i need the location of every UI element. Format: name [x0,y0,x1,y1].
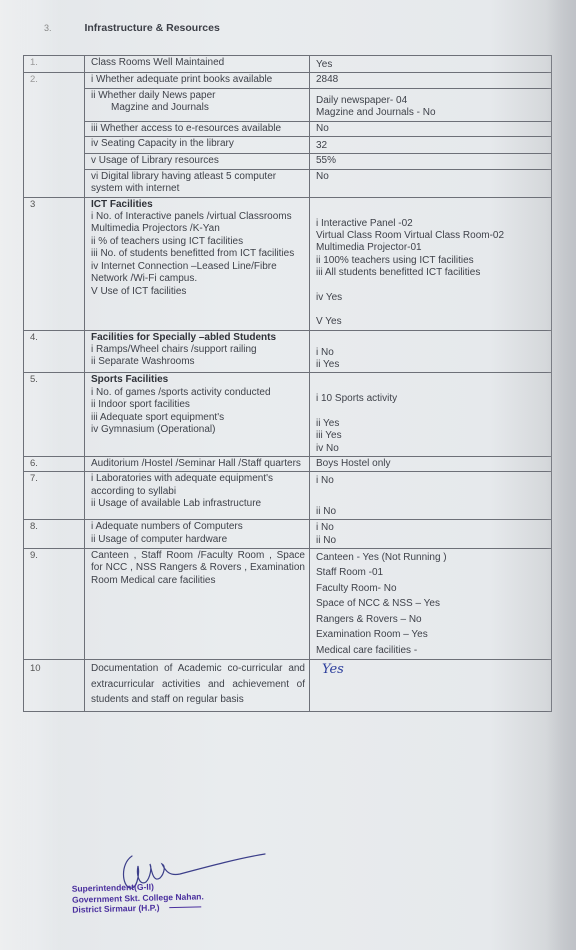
value-line: i No [316,475,547,487]
row-number: 8. [24,520,85,549]
value-line: Staff Room -01 [316,565,547,581]
value-line: iv No [316,443,547,455]
table-row: 7. i Laboratories with adequate equipmen… [24,472,552,520]
value-line: i No [316,522,547,534]
row-item: Class Rooms Well Maintained [85,56,310,73]
item-line: ii Usage of available Lab infrastructure [91,498,305,510]
item-line: i No. of games /sports activity conducte… [91,387,305,399]
value-line: Magzine and Journals - No [316,107,547,119]
row-value: 32 [310,137,552,154]
row-item: iii Whether access to e-resources availa… [85,121,310,136]
item-line: ii Whether daily News paper [91,90,305,102]
row-item: Sports Facilities i No. of games /sports… [85,373,310,457]
value-line: Rangers & Rovers – No [316,612,547,628]
row-number: 7. [24,472,85,520]
value-line: Faculty Room- No [316,581,547,597]
row-item: Documentation of Academic co-curricular … [85,660,310,712]
row-value: No [310,169,552,197]
value-line: i No [316,347,547,359]
row-number: 6. [24,456,85,471]
row-value: No [310,121,552,136]
table-row: v Usage of Library resources 55% [24,154,552,169]
row-item: ICT Facilities i No. of Interactive pane… [85,197,310,330]
row-value: Boys Hostel only [310,456,552,471]
item-line: ii Indoor sport facilities [91,399,305,411]
item-line: ii Separate Washrooms [91,356,305,368]
row-value: 2848 [310,73,552,88]
row-value: i No ii Yes [310,330,552,373]
item-line: V Use of ICT facilities [91,286,305,298]
row-item: i Adequate numbers of Computers ii Usage… [85,520,310,549]
row-item: i Laboratories with adequate equipment's… [85,472,310,520]
value-line: ii Yes [316,359,547,371]
row-heading: Sports Facilities [91,374,305,386]
value-line: iii All students benefitted ICT faciliti… [316,267,547,279]
row-item: v Usage of Library resources [85,154,310,169]
value-line: i 10 Sports activity [316,393,547,405]
stamp-line: District Sirmaur (H.P.) [72,901,204,915]
value-line: ii Yes [316,418,547,430]
row-item: Canteen , Staff Room /Faculty Room , Spa… [85,548,310,660]
item-line: iii No. of students benefitted from ICT … [91,248,305,260]
row-value: i No ii No [310,472,552,520]
value-line: Multimedia Projector-01 [316,242,547,254]
row-value: Canteen - Yes (Not Running ) Staff Room … [310,548,552,660]
row-value: Yes [310,660,552,712]
table-row: 4. Facilities for Specially –abled Stude… [24,330,552,373]
item-line: i No. of Interactive panels /virtual Cla… [91,211,305,236]
row-value: 55% [310,154,552,169]
value-line: i Interactive Panel -02 [316,218,547,230]
table-row: 1. Class Rooms Well Maintained Yes [24,56,552,73]
row-value: Yes [310,56,552,73]
row-number: 1. [24,56,85,73]
row-number: 10 [24,660,85,712]
value-line: Space of NCC & NSS – Yes [316,596,547,612]
section-title: Infrastructure & Resources [84,22,219,34]
value-line: Medical care facilities - [316,643,547,659]
row-value: i No ii No [310,520,552,549]
handwritten-value: Yes [316,662,344,677]
row-item: Auditorium /Hostel /Seminar Hall /Staff … [85,456,310,471]
item-line: i Laboratories with adequate equipment's… [91,473,305,498]
item-line: Magzine and Journals [91,102,305,114]
value-line: ii No [316,535,547,547]
item-line: iii Adequate sport equipment's [91,412,305,424]
row-number: 3 [24,197,85,330]
table-row: 6. Auditorium /Hostel /Seminar Hall /Sta… [24,456,552,471]
table-row: 8. i Adequate numbers of Computers ii Us… [24,520,552,549]
item-line: i Ramps/Wheel chairs /support railing [91,344,305,356]
item-line: iv Internet Connection –Leased Line/Fibr… [91,261,305,286]
official-stamp: Superintendent(G-II) Government Skt. Col… [72,880,205,915]
table-row: iii Whether access to e-resources availa… [24,121,552,136]
row-value: i Interactive Panel -02 Virtual Class Ro… [310,197,552,330]
row-item: i Whether adequate print books available [85,73,310,88]
value-line: ii 100% teachers using ICT facilities [316,255,547,267]
table-row: 3 ICT Facilities i No. of Interactive pa… [24,197,552,330]
table-row: ii Whether daily News paper Magzine and … [24,88,552,121]
section-number: 3. [44,23,52,33]
value-line: ii No [316,506,547,518]
row-heading: ICT Facilities [91,199,305,211]
table-row: vi Digital library having atleast 5 comp… [24,169,552,197]
row-item: ii Whether daily News paper Magzine and … [85,88,310,121]
table-row: 2. i Whether adequate print books availa… [24,73,552,88]
row-number: 9. [24,548,85,660]
row-value: i 10 Sports activity ii Yes iii Yes iv N… [310,373,552,457]
value-line: iv Yes [316,292,547,304]
item-line: i Adequate numbers of Computers [91,521,305,533]
row-number: 4. [24,330,85,373]
value-line: Examination Room – Yes [316,627,547,643]
row-item: iv Seating Capacity in the library [85,137,310,154]
item-line: iv Gymnasium (Operational) [91,424,305,436]
table-row: iv Seating Capacity in the library 32 [24,137,552,154]
item-line: ii Usage of computer hardware [91,534,305,546]
section-heading: 3. Infrastructure & Resources [44,22,220,34]
value-line: Virtual Class Room Virtual Class Room-02 [316,230,547,242]
row-number: 5. [24,373,85,457]
value-line: Daily newspaper- 04 [316,95,547,107]
row-value: Daily newspaper- 04 Magzine and Journals… [310,88,552,121]
row-item: Facilities for Specially –abled Students… [85,330,310,373]
infrastructure-table: 1. Class Rooms Well Maintained Yes 2. i … [23,55,552,712]
row-heading: Facilities for Specially –abled Students [91,332,305,344]
item-line: ii % of teachers using ICT facilities [91,236,305,248]
value-line: V Yes [316,316,547,328]
table-row: 9. Canteen , Staff Room /Faculty Room , … [24,548,552,660]
row-item: vi Digital library having atleast 5 comp… [85,169,310,197]
table-row: 5. Sports Facilities i No. of games /spo… [24,373,552,457]
value-line: iii Yes [316,430,547,442]
table-row: 10 Documentation of Academic co-curricul… [24,660,552,712]
value-line: Canteen - Yes (Not Running ) [316,550,547,566]
row-number: 2. [24,73,85,197]
